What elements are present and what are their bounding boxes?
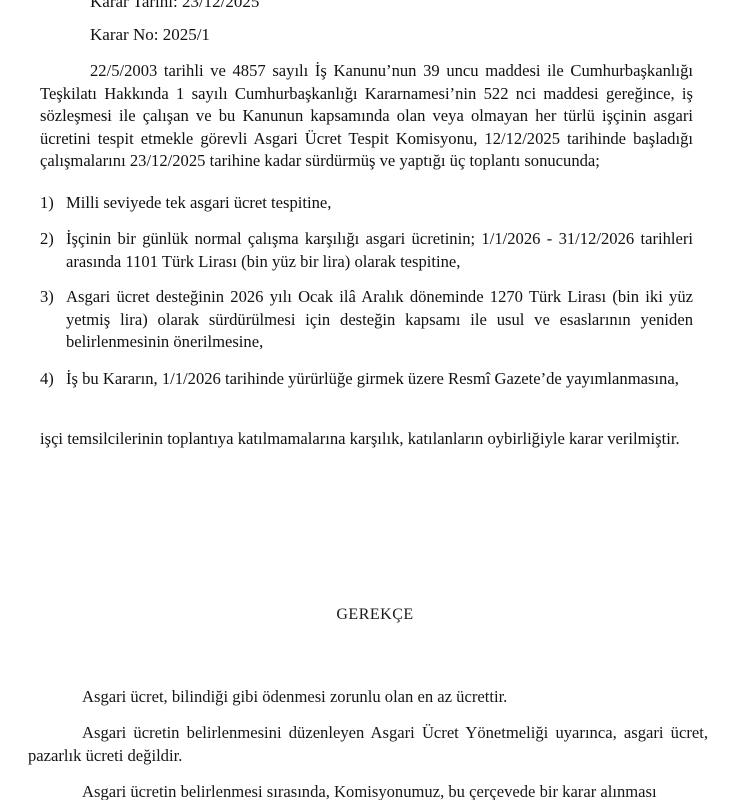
decision-item-text: Milli seviyede tek asgari ücret tespitin… xyxy=(66,192,693,215)
justification-paragraph-1: Asgari ücret, bilindiği gibi ödenmesi zo… xyxy=(28,686,708,709)
decision-item-text: İş bu Kararın, 1/1/2026 tarihinde yürürl… xyxy=(66,368,693,391)
decision-item-3: 3) Asgari ücret desteğinin 2026 yılı Oca… xyxy=(40,286,693,354)
decision-item-4: 4) İş bu Kararın, 1/1/2026 tarihinde yür… xyxy=(40,368,693,391)
justification-paragraph-text: Asgari ücretin belirlenmesini düzenleyen… xyxy=(28,723,708,765)
decision-date: Karar Tarihi: 23/12/2025 xyxy=(90,0,259,13)
decision-item-text: Asgari ücret desteğinin 2026 yılı Ocak i… xyxy=(66,286,693,354)
justification-paragraph-3: Asgari ücretin belirlenmesi sırasında, K… xyxy=(28,781,708,800)
closing-paragraph: işçi temsilcilerinin toplantıya katılmam… xyxy=(40,428,693,451)
decision-item-number: 2) xyxy=(40,228,66,251)
justification-heading: GEREKÇE xyxy=(0,606,750,624)
intro-paragraph-text: 22/5/2003 tarihli ve 4857 sayılı İş Kanu… xyxy=(40,61,693,170)
intro-paragraph: 22/5/2003 tarihli ve 4857 sayılı İş Kanu… xyxy=(40,60,693,173)
decision-number: Karar No: 2025/1 xyxy=(90,24,210,46)
decision-item-1: 1) Milli seviyede tek asgari ücret tespi… xyxy=(40,192,693,215)
justification-paragraph-2: Asgari ücretin belirlenmesini düzenleyen… xyxy=(28,722,708,767)
decision-item-number: 4) xyxy=(40,368,66,391)
justification-paragraph-text: Asgari ücret, bilindiği gibi ödenmesi zo… xyxy=(82,687,507,706)
decision-item-text: İşçinin bir günlük normal çalışma karşıl… xyxy=(66,228,693,273)
decision-item-number: 1) xyxy=(40,192,66,215)
justification-paragraph-text: Asgari ücretin belirlenmesi sırasında, K… xyxy=(82,782,657,800)
decision-item-number: 3) xyxy=(40,286,66,309)
document-page: Karar Tarihi: 23/12/2025 Karar No: 2025/… xyxy=(0,0,750,800)
decision-item-2: 2) İşçinin bir günlük normal çalışma kar… xyxy=(40,228,693,273)
